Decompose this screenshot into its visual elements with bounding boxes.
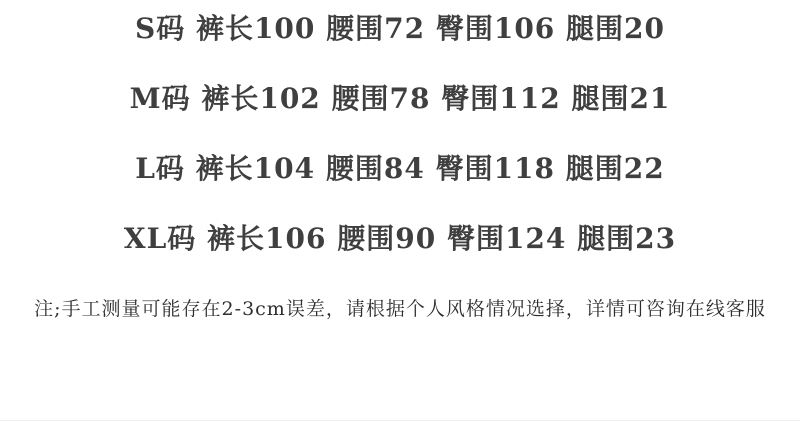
size-row-l: L码 裤长104 腰围84 臀围118 腿围22 [0,134,800,204]
size-row-s: S码 裤长100 腰围72 臀围106 腿围20 [0,0,800,64]
measurement-note: 注;手工测量可能存在2-3cm误差，请根据个人风格情况选择，详情可咨询在线客服 [0,294,800,321]
size-row-xl: XL码 裤长106 腰围90 臀围124 腿围23 [0,204,800,274]
size-chart-image: { "size_chart": { "rows": [ { "size": "S… [0,0,800,433]
size-chart: S码 裤长100 腰围72 臀围106 腿围20 M码 裤长102 腰围78 臀… [0,0,800,274]
size-row-m: M码 裤长102 腰围78 臀围112 腿围21 [0,64,800,134]
bottom-divider [0,420,800,421]
